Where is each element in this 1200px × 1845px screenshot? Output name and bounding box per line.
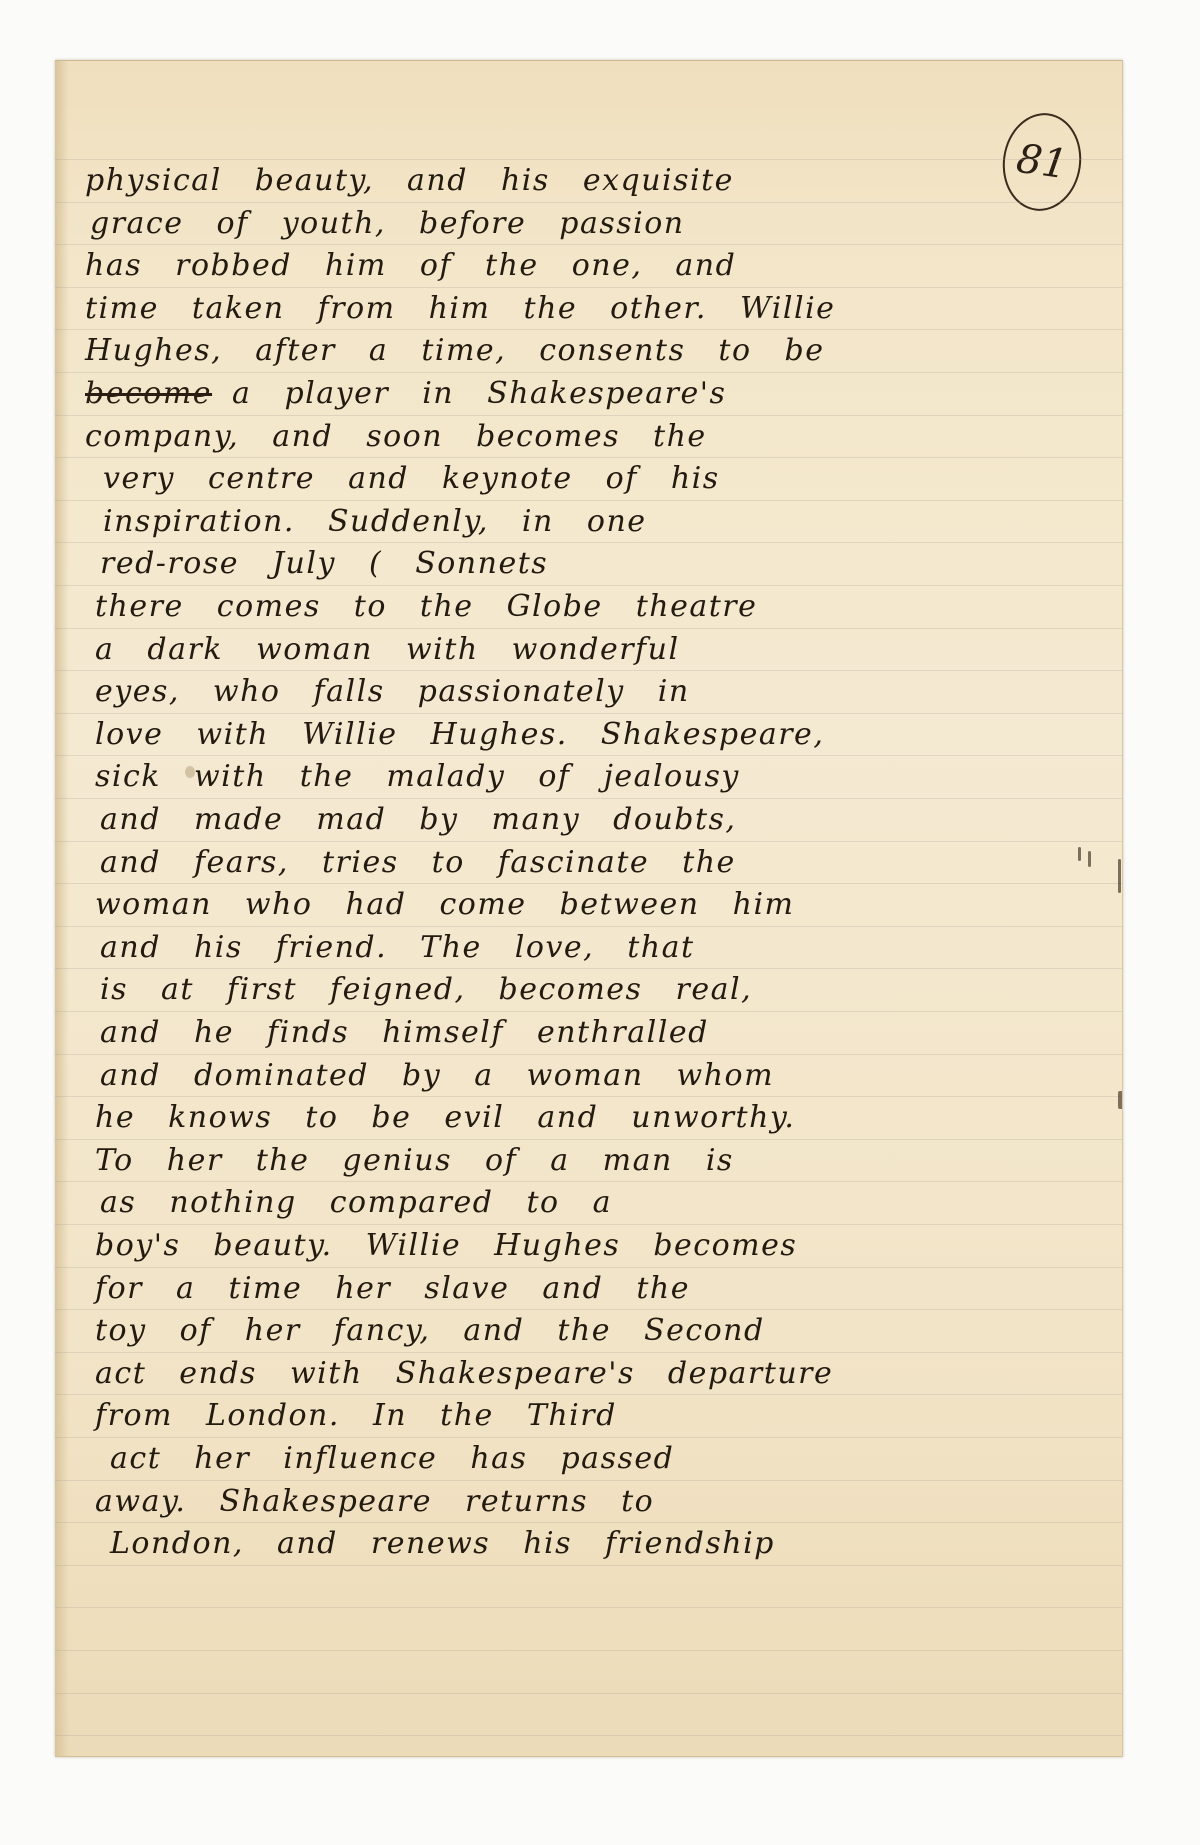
ruled-line <box>55 1735 1122 1736</box>
line-text: and fears, tries to fascinate the <box>100 845 736 880</box>
ruled-line <box>55 841 1122 842</box>
line-text: red-rose July ( Sonnets <box>100 546 548 581</box>
line-text: London, and renews his friendship <box>110 1526 775 1561</box>
ruled-line <box>55 628 1122 629</box>
manuscript-line: is at first feigned, becomes real, <box>55 970 1123 1010</box>
line-text: very centre and keynote of his <box>103 461 720 496</box>
line-text: and made mad by many doubts, <box>100 802 736 837</box>
ruled-line <box>55 1437 1122 1438</box>
ruled-line <box>55 287 1122 288</box>
ruled-line <box>55 1096 1122 1097</box>
manuscript-line: and dominated by a woman whom <box>55 1056 1123 1096</box>
manuscript-line: eyes, who falls passionately in <box>55 672 1123 712</box>
ruled-line <box>55 329 1122 330</box>
line-text: Hughes, after a time, consents to be <box>85 333 825 368</box>
manuscript-line: grace of youth, before passion <box>55 204 1123 244</box>
ruled-line <box>55 457 1122 458</box>
ruled-line <box>55 1394 1122 1395</box>
manuscript-line: time taken from him the other. Willie <box>55 289 1123 329</box>
manuscript-line: act ends with Shakespeare's departure <box>55 1354 1123 1394</box>
manuscript-line: as nothing compared to a <box>55 1183 1123 1223</box>
ruled-line <box>55 1011 1122 1012</box>
ruled-line <box>55 202 1122 203</box>
line-text: act her influence has passed <box>110 1441 674 1476</box>
line-text: toy of her fancy, and the Second <box>95 1313 765 1348</box>
line-text: for a time her slave and the <box>95 1271 690 1306</box>
manuscript-line: away. Shakespeare returns to <box>55 1482 1123 1522</box>
margin-edge-mark <box>1118 859 1121 893</box>
ruled-line <box>55 159 1122 160</box>
line-text: he knows to be evil and unworthy. <box>95 1100 795 1135</box>
manuscript-line: love with Willie Hughes. Shakespeare, <box>55 715 1123 755</box>
line-text: company, and soon becomes the <box>85 419 707 454</box>
ruled-line <box>55 926 1122 927</box>
manuscript-line: and he finds himself enthralled <box>55 1013 1123 1053</box>
ruled-line <box>55 1480 1122 1481</box>
ruled-line <box>55 1607 1122 1608</box>
ruled-line <box>55 1650 1122 1651</box>
margin-tick-mark <box>1078 847 1081 861</box>
manuscript-line: red-rose July ( Sonnets <box>55 544 1123 584</box>
line-text: a player in Shakespeare's <box>232 376 726 411</box>
ruled-line <box>55 500 1122 501</box>
line-text: woman who had come between him <box>95 887 795 922</box>
ruled-line <box>55 1352 1122 1353</box>
manuscript-line: sick with the malady of jealousy <box>55 757 1123 797</box>
line-text: To her the genius of a man is <box>95 1143 734 1178</box>
manuscript-line: for a time her slave and the <box>55 1269 1123 1309</box>
ruled-line <box>55 1309 1122 1310</box>
ruled-line <box>55 883 1122 884</box>
line-text: there comes to the Globe theatre <box>95 589 757 624</box>
manuscript-line: he knows to be evil and unworthy. <box>55 1098 1123 1138</box>
manuscript-line: toy of her fancy, and the Second <box>55 1311 1123 1351</box>
line-text: and dominated by a woman whom <box>100 1058 774 1093</box>
line-text: has robbed him of the one, and <box>85 248 736 283</box>
manuscript-line: there comes to the Globe theatre <box>55 587 1123 627</box>
ruled-line <box>55 244 1122 245</box>
line-text: act ends with Shakespeare's departure <box>95 1356 833 1391</box>
manuscript-line: woman who had come between him <box>55 885 1123 925</box>
ruled-line <box>55 372 1122 373</box>
line-text: and his friend. The love, that <box>100 930 695 965</box>
margin-edge-mark <box>1118 1091 1123 1109</box>
manuscript-line: from London. In the Third <box>55 1396 1123 1436</box>
manuscript-line: company, and soon becomes the <box>55 417 1123 457</box>
struck-word: become <box>85 376 212 411</box>
line-text: is at first feigned, becomes real, <box>100 972 752 1007</box>
manuscript-line: Hughes, after a time, consents to be <box>55 331 1123 371</box>
ruled-line <box>55 542 1122 543</box>
manuscript-line: inspiration. Suddenly, in one <box>55 502 1123 542</box>
ruled-line <box>55 1181 1122 1182</box>
manuscript-line: To her the genius of a man is <box>55 1141 1123 1181</box>
ruled-line <box>55 755 1122 756</box>
manuscript-line: London, and renews his friendship <box>55 1524 1123 1564</box>
manuscript-line: and made mad by many doubts, <box>55 800 1123 840</box>
ruled-line <box>55 585 1122 586</box>
ruled-line <box>55 713 1122 714</box>
manuscript-line: act her influence has passed <box>55 1439 1123 1479</box>
ruled-line <box>55 415 1122 416</box>
manuscript-line: boy's beauty. Willie Hughes becomes <box>55 1226 1123 1266</box>
margin-tick-mark <box>1088 851 1091 867</box>
manuscript-line: has robbed him of the one, and <box>55 246 1123 286</box>
ink-smudge <box>185 766 195 778</box>
line-text: from London. In the Third <box>95 1398 617 1433</box>
manuscript-page: 81 physical beauty, and his exquisitegra… <box>55 60 1123 1757</box>
line-text: inspiration. Suddenly, in one <box>103 504 647 539</box>
manuscript-line: a dark woman with wonderful <box>55 630 1123 670</box>
ruled-line <box>55 1267 1122 1268</box>
manuscript-line: physical beauty, and his exquisite <box>55 161 1123 201</box>
ruled-line <box>55 968 1122 969</box>
ruled-line <box>55 1054 1122 1055</box>
line-text: away. Shakespeare returns to <box>95 1484 654 1519</box>
line-text: grace of youth, before passion <box>90 206 685 241</box>
manuscript-line: and his friend. The love, that <box>55 928 1123 968</box>
ruled-line <box>55 1522 1122 1523</box>
manuscript-line: very centre and keynote of his <box>55 459 1123 499</box>
scan-background: 81 physical beauty, and his exquisitegra… <box>0 0 1200 1845</box>
line-text: eyes, who falls passionately in <box>95 674 690 709</box>
line-text: physical beauty, and his exquisite <box>85 163 734 198</box>
line-text: boy's beauty. Willie Hughes becomes <box>95 1228 797 1263</box>
ruled-line <box>55 1565 1122 1566</box>
line-text: and he finds himself enthralled <box>100 1015 709 1050</box>
ruled-line <box>55 1693 1122 1694</box>
ruled-line <box>55 798 1122 799</box>
line-text: time taken from him the other. Willie <box>85 291 835 326</box>
ruled-line <box>55 1224 1122 1225</box>
line-text: as nothing compared to a <box>100 1185 612 1220</box>
manuscript-line: becomea player in Shakespeare's <box>55 374 1123 414</box>
ruled-line <box>55 1139 1122 1140</box>
line-text: love with Willie Hughes. Shakespeare, <box>95 717 824 752</box>
ruled-line <box>55 670 1122 671</box>
line-text: a dark woman with wonderful <box>95 632 680 667</box>
manuscript-line: and fears, tries to fascinate the <box>55 843 1123 883</box>
